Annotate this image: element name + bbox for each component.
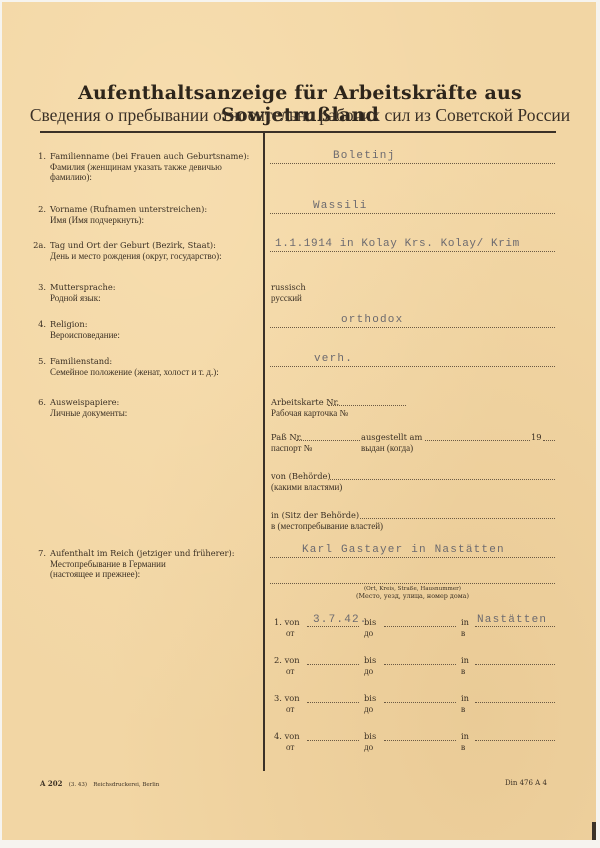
family-name-line (270, 163, 555, 164)
field-label-residence: 7.Aufenthalt im Reich (jetziger und früh… (24, 548, 264, 580)
field-label-mother-tongue: 3.Muttersprache: Родной язык: (24, 282, 264, 303)
work-card-label: Arbeitskarte Nr. Рабочая карточка № (271, 397, 348, 418)
stay-from-label-ru: от (274, 666, 300, 677)
birth-line (270, 251, 555, 252)
residence-line-1 (270, 557, 555, 558)
stay-row-number: 3. (274, 693, 282, 703)
stay-row-number: 1. (274, 617, 282, 627)
stay-place-label: in (461, 655, 469, 665)
form-number: A 202 (40, 779, 62, 788)
stay-place-label-ru: в (461, 704, 469, 715)
field-label-family-name: 1.Familienname (bei Frauen auch Geburtsn… (24, 151, 264, 183)
field-label-religion: 4.Religion: Вероисповедание: (24, 319, 264, 340)
stay-from-field[interactable] (307, 626, 359, 627)
stay-until-label-ru: до (364, 742, 376, 753)
form-footer-left: A 202 (3. 43) Reichsdruckerei, Berlin (40, 779, 159, 788)
authority-seat-label: in (Sitz der Behörde) в (местопребывание… (271, 510, 383, 531)
form-date-code: (3. 43) (69, 782, 87, 788)
header-divider (40, 131, 556, 133)
stay-place-label: in (461, 731, 469, 741)
mother-tongue-value: russisch русский (271, 282, 306, 303)
stay-from-field[interactable] (307, 740, 359, 741)
stay-until-field[interactable] (384, 702, 456, 703)
stay-from-label: von (285, 731, 300, 741)
stay-place-label-ru: в (461, 628, 469, 639)
field-label-marital-status: 5.Familienstand: Семейное положение (жен… (24, 356, 264, 377)
din-format: Din 476 A 4 (505, 779, 547, 787)
stay-until-label-ru: до (364, 628, 376, 639)
stay-until-label: bis (364, 731, 376, 741)
authority-seat-field[interactable] (360, 518, 555, 519)
stay-place-label: in (461, 617, 469, 627)
stay-row-number: 4. (274, 731, 282, 741)
issued-label: ausgestellt am выдан (когда) (361, 432, 422, 453)
form-paper (2, 2, 596, 840)
religion-line (270, 327, 555, 328)
title-russian: Сведения о пребывании относительно рабоч… (0, 105, 600, 126)
stay-place-field[interactable] (475, 664, 555, 665)
first-name-line (270, 213, 555, 214)
stay-row-number: 2. (274, 655, 282, 665)
stay-place-label-ru: в (461, 742, 469, 753)
stay-until-field[interactable] (384, 664, 456, 665)
stay-from-field[interactable] (307, 702, 359, 703)
field-label-birth: 2a.Tag und Ort der Geburt (Bezirk, Staat… (24, 240, 264, 261)
stay-from-label: von (285, 655, 300, 665)
stay-until-label-ru: до (364, 666, 376, 677)
first-name-value[interactable]: Wassili (313, 200, 368, 212)
passport-number-field[interactable] (296, 440, 360, 441)
religion-value[interactable]: orthodox (341, 314, 403, 326)
stay-from-label: von (285, 617, 300, 627)
stay-until-label: bis (364, 693, 376, 703)
authority-field[interactable] (330, 479, 555, 480)
field-label-first-name: 2.Vorname (Rufnamen unterstreichen): Имя… (24, 204, 264, 225)
stay-place-field[interactable] (475, 740, 555, 741)
stay-from-value: 3.7.42. (313, 614, 368, 626)
residence-line-2[interactable] (270, 583, 555, 584)
stay-from-label-ru: от (274, 628, 300, 639)
stay-place-label: in (461, 693, 469, 703)
passport-label: Paß Nr. паспорт № (271, 432, 312, 453)
address-hint: (Ort, Kreis, Straße, Hausnummer) (Место,… (270, 586, 555, 600)
field-label-id-papers: 6.Ausweispapiere: Личные документы: (24, 397, 264, 418)
issued-year-field[interactable] (543, 440, 555, 441)
family-name-value[interactable]: Boletinj (333, 150, 395, 162)
stay-place-field[interactable] (475, 626, 555, 627)
stay-from-label-ru: от (274, 704, 300, 715)
residence-value[interactable]: Karl Gastayer in Nastätten (302, 544, 505, 556)
work-card-number-field[interactable] (328, 405, 406, 406)
stay-place-field[interactable] (475, 702, 555, 703)
stay-until-field[interactable] (384, 626, 456, 627)
printer: Reichsdruckerei, Berlin (93, 782, 159, 788)
marital-status-line (270, 366, 555, 367)
stay-from-field[interactable] (307, 664, 359, 665)
column-divider (263, 133, 265, 771)
issued-date-field[interactable] (425, 440, 530, 441)
stay-from-label-ru: от (274, 742, 300, 753)
stay-until-label: bis (364, 655, 376, 665)
stay-from-label: von (285, 693, 300, 703)
stay-until-label-ru: до (364, 704, 376, 715)
year-prefix: 19 (531, 432, 542, 443)
stay-until-field[interactable] (384, 740, 456, 741)
stay-place-label-ru: в (461, 666, 469, 677)
stay-until-label: bis (364, 617, 376, 627)
authority-label: von (Behörde) (какими властями) (271, 471, 342, 492)
marital-status-value[interactable]: verh. (314, 353, 353, 365)
page-edge-mark (592, 822, 596, 840)
stay-place-value: Nastätten (477, 614, 547, 626)
birth-value[interactable]: 1.1.1914 in Kolay Krs. Kolay/ Krim (275, 238, 520, 250)
